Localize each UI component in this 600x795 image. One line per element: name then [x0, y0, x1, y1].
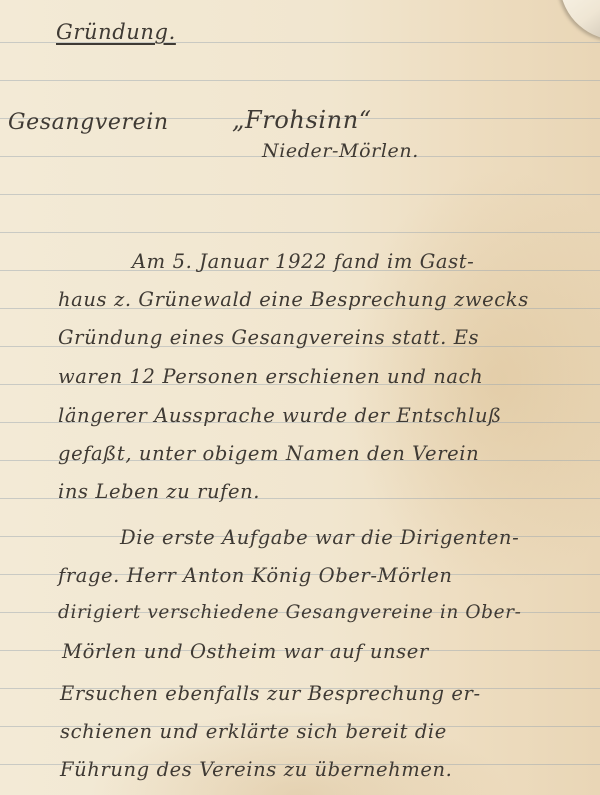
heading: Gründung. — [56, 22, 176, 43]
body-line: gefaßt, unter obigem Namen den Verein — [58, 444, 479, 464]
page-curl — [552, 0, 600, 40]
body-line: Die erste Aufgabe war die Dirigenten- — [120, 528, 519, 548]
ruled-line — [0, 194, 600, 195]
title-location: Nieder-Mörlen. — [262, 142, 419, 161]
document-page: Gründung. Gesangverein „Frohsinn“ Nieder… — [0, 0, 600, 795]
body-line: waren 12 Personen erschienen und nach — [58, 367, 483, 387]
title-prefix: Gesangverein — [8, 112, 169, 134]
body-line: schienen und erklärte sich bereit die — [60, 722, 447, 742]
body-line: Am 5. Januar 1922 fand im Gast- — [132, 252, 474, 272]
body-line: Ersuchen ebenfalls zur Besprechung er- — [60, 684, 481, 704]
body-line: Mörlen und Ostheim war auf unser — [62, 642, 429, 662]
body-line: frage. Herr Anton König Ober-Mörlen — [58, 566, 453, 586]
body-line: Führung des Vereins zu übernehmen. — [60, 760, 452, 780]
body-line: Gründung eines Gesangvereins statt. Es — [58, 328, 479, 348]
body-line: längerer Aussprache wurde der Entschluß — [58, 406, 502, 426]
society-name: „Frohsinn“ — [232, 108, 372, 132]
body-line: haus z. Grünewald eine Besprechung zweck… — [58, 290, 529, 310]
body-line: dirigiert verschiedene Gesangvereine in … — [58, 604, 521, 623]
ruled-line — [0, 232, 600, 233]
ruled-line — [0, 80, 600, 81]
body-line: ins Leben zu rufen. — [58, 482, 260, 502]
